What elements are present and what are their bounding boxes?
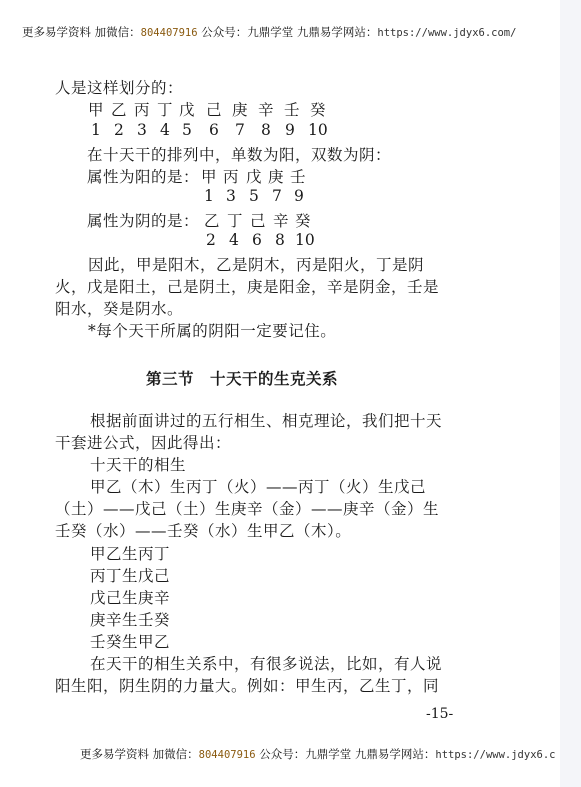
number: 10 [295, 231, 315, 249]
viewer-side-strip [560, 0, 581, 787]
stem: 乙 [111, 98, 127, 120]
section-heading: 第三节 十天干的生克关系 [146, 367, 338, 389]
stem: 丙 [223, 165, 239, 187]
stem: 乙 [204, 209, 220, 231]
wechat-id: 804407916 [199, 749, 256, 761]
paragraph-1-line-2: 干套进公式，因此得出： [55, 431, 231, 453]
cycle-line-2: （土）——戊己（土）生庚辛（金）——庚辛（金）生 [55, 497, 439, 519]
list-item: 壬癸生甲乙 [90, 630, 170, 652]
stem: 甲 [201, 165, 217, 187]
stem: 壬 [284, 98, 300, 120]
stem: 己 [250, 209, 266, 231]
stems-row: 甲 乙 丙 丁 戊 己 庚 辛 壬 癸 [88, 98, 388, 118]
number: 9 [294, 187, 304, 205]
stem: 戊 [246, 165, 262, 187]
note-line: *每个天干所属的阴阳一定要记住。 [88, 319, 336, 341]
number: 5 [182, 121, 192, 139]
stem: 丙 [134, 98, 150, 120]
stem: 丁 [157, 98, 173, 120]
number: 6 [209, 121, 219, 139]
list-item: 甲乙生丙丁 [90, 542, 170, 564]
number: 1 [91, 121, 101, 139]
list-item: 丙丁生戊己 [90, 564, 170, 586]
yin-numbers-row: 2 4 6 8 10 [206, 231, 346, 251]
number: 3 [137, 121, 147, 139]
number: 7 [235, 121, 245, 139]
cycle-line-1: 甲乙（木）生丙丁（火）——丙丁（火）生戊己 [90, 475, 426, 497]
stem: 癸 [310, 98, 326, 120]
number: 10 [308, 121, 328, 139]
number: 3 [226, 187, 236, 205]
watermark-label-2: 公众号：九鼎学堂 九鼎易学网站： [256, 747, 436, 761]
stem: 丁 [227, 209, 243, 231]
intro-line: 人是这样划分的： [55, 76, 183, 98]
therefore-line-3: 阳水，癸是阴水。 [55, 297, 183, 319]
stem: 庚 [268, 165, 284, 187]
number: 2 [206, 231, 216, 249]
yin-label: 属性为阴的是： [87, 209, 199, 231]
number: 8 [261, 121, 271, 139]
watermark-footer: 更多易学资料 加微信：804407916 公众号：九鼎学堂 九鼎易学网站：htt… [80, 746, 555, 762]
number: 9 [285, 121, 295, 139]
number: 5 [249, 187, 259, 205]
number: 1 [204, 187, 214, 205]
therefore-line-1: 因此，甲是阳木，乙是阴木，丙是阳火，丁是阴 [88, 253, 424, 275]
paragraph-2-line-2: 阳生阳，阴生阴的力量大。例如：甲生丙，乙生丁，同 [55, 674, 439, 696]
yang-label: 属性为阳的是： [87, 165, 199, 187]
yin-stems-row: 乙 丁 己 辛 癸 [204, 209, 344, 229]
list-item: 戊己生庚辛 [90, 586, 170, 608]
number: 7 [272, 187, 282, 205]
stem: 辛 [273, 209, 289, 231]
stem: 庚 [232, 98, 248, 120]
yang-stems-row: 甲 丙 戊 庚 壬 [201, 165, 341, 185]
numbers-row: 1 2 3 4 5 6 7 8 9 10 [91, 121, 391, 141]
number: 6 [252, 231, 262, 249]
number: 4 [160, 121, 170, 139]
book-page: 人是这样划分的： 甲 乙 丙 丁 戊 己 庚 辛 壬 癸 1 2 3 4 5 6… [0, 0, 560, 787]
yang-numbers-row: 1 3 5 7 9 [204, 187, 344, 207]
therefore-line-2: 火，戊是阳土，己是阴土，庚是阳金，辛是阴金，壬是 [55, 275, 439, 297]
number: 2 [114, 121, 124, 139]
stem: 己 [206, 98, 222, 120]
website-url[interactable]: https://www.jdyx6.c [435, 749, 555, 761]
watermark-label: 更多易学资料 加微信： [80, 747, 199, 761]
stem: 辛 [258, 98, 274, 120]
number: 4 [229, 231, 239, 249]
stem: 壬 [290, 165, 306, 187]
stem: 戊 [179, 98, 195, 120]
number: 8 [275, 231, 285, 249]
stem: 甲 [88, 98, 104, 120]
page-number: -15- [426, 706, 453, 722]
cycle-line-3: 壬癸（水）——壬癸（水）生甲乙（木）。 [55, 519, 351, 541]
paragraph-1-line-1: 根据前面讲过的五行相生、相克理论，我们把十天 [90, 409, 442, 431]
list-item: 庚辛生壬癸 [90, 608, 170, 630]
paragraph-2-line-1: 在天干的相生关系中，有很多说法，比如，有人说 [90, 652, 442, 674]
stem: 癸 [295, 209, 311, 231]
sub-heading: 十天干的相生 [90, 453, 186, 475]
rule-line: 在十天干的排列中，单数为阳，双数为阴： [87, 143, 391, 165]
